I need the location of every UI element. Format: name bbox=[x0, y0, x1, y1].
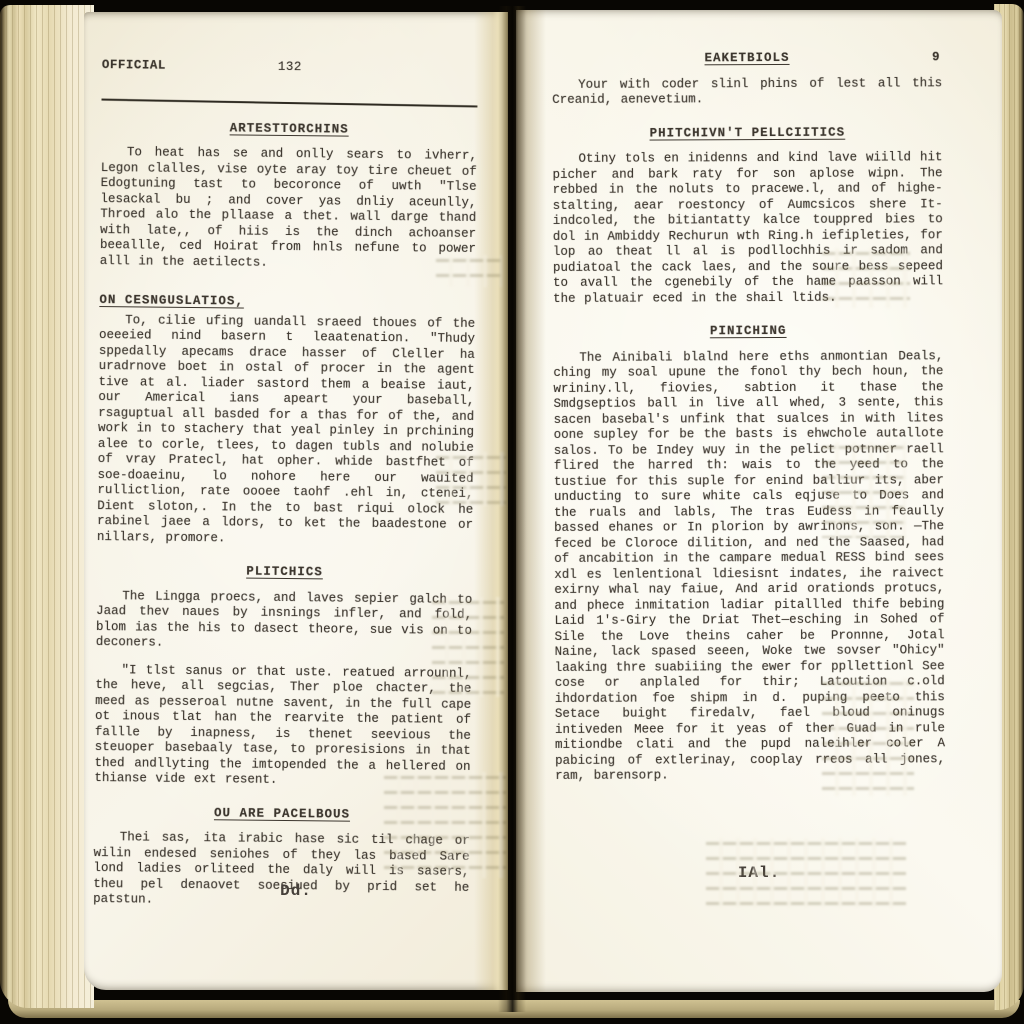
page-number: 9 bbox=[932, 50, 940, 66]
paragraph: The Ainibali blalnd here eths anmontian … bbox=[553, 349, 945, 785]
open-book-photo: OFFICIAL 132 ARTESTTORCHINS To heat has … bbox=[0, 0, 1024, 1024]
paragraph: The Lingga proecs, and laves sepier galc… bbox=[96, 589, 473, 655]
book-gutter-shadow bbox=[498, 6, 526, 1012]
section-heading: OU ARE PACELBOUS bbox=[94, 805, 470, 824]
section-heading: ARTESTTORCHINS bbox=[101, 120, 477, 139]
paragraph: Your with coder slinl phins of lest all … bbox=[552, 76, 942, 109]
section-heading: PLITCHICS bbox=[96, 563, 472, 582]
header-rule bbox=[101, 98, 477, 107]
right-page: EAKETBIOLS 9 Your with coder slinl phins… bbox=[516, 10, 1002, 992]
left-page: OFFICIAL 132 ARTESTTORCHINS To heat has … bbox=[84, 12, 508, 990]
section-heading: PHITCHIVN'T PELLCIITICS bbox=[552, 125, 942, 142]
paragraph: To, cilie ufing uandall sraeed thoues of… bbox=[97, 313, 475, 549]
left-page-content: OFFICIAL 132 ARTESTTORCHINS To heat has … bbox=[74, 12, 508, 994]
left-page-header: OFFICIAL 132 bbox=[102, 58, 478, 77]
section-heading: ON CESNGUSLATIOS, bbox=[99, 293, 475, 312]
left-page-footer: Dd. bbox=[84, 882, 508, 900]
right-page-header: EAKETBIOLS 9 bbox=[552, 50, 942, 67]
right-page-content: EAKETBIOLS 9 Your with coder slinl phins… bbox=[516, 8, 1006, 992]
paragraph: To heat has se and onlly sears to ivherr… bbox=[100, 145, 477, 273]
page-number: 132 bbox=[102, 58, 478, 77]
section-heading: PINICHING bbox=[553, 323, 943, 340]
right-page-footer: IAl. bbox=[516, 864, 1002, 882]
running-head: EAKETBIOLS bbox=[552, 50, 942, 67]
paragraph: "I tlst sanus or that uste. reatued arro… bbox=[94, 663, 471, 791]
paragraph: Otiny tols en inidenns and kind lave wii… bbox=[552, 150, 943, 307]
